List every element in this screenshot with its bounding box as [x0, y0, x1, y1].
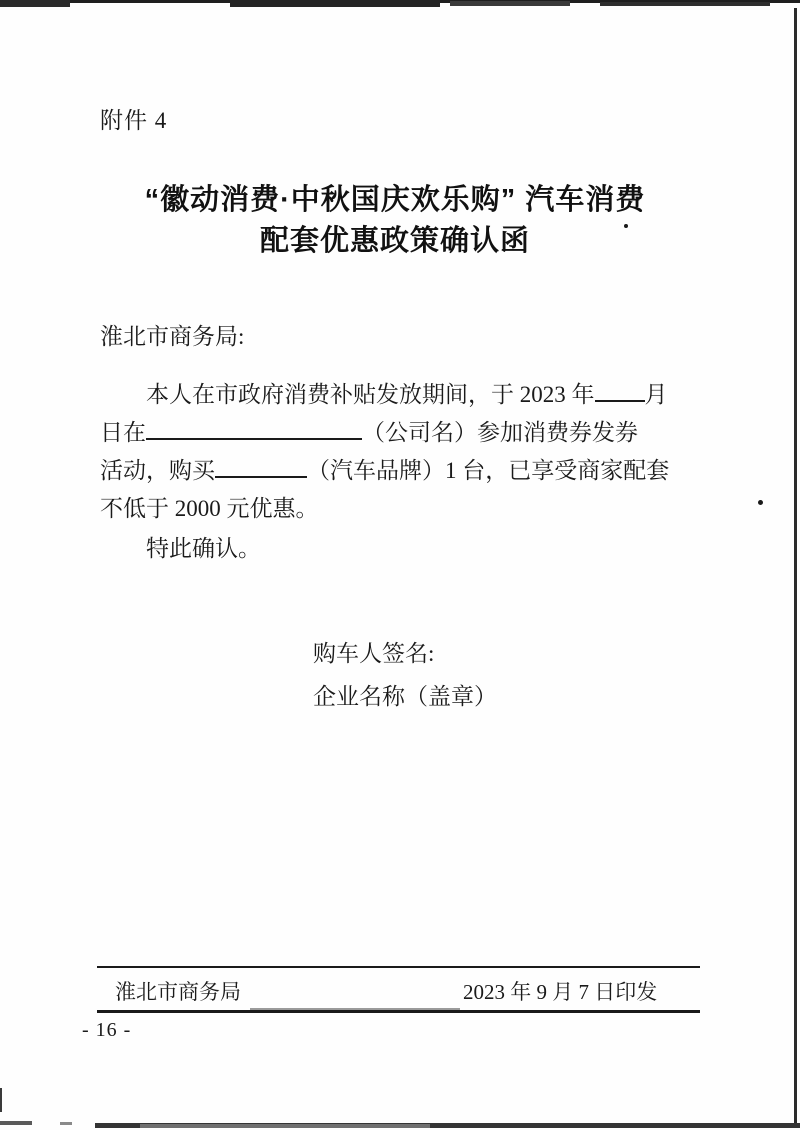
footer-rule-top: [97, 966, 700, 968]
closing-line: 特此确认。: [100, 530, 746, 563]
scan-edge-bottom-gray: [140, 1124, 430, 1128]
footer-print-date: 2023 年 9 月 7 日印发: [463, 976, 657, 1006]
document-title: “徽动消费·中秋国庆欢乐购” 汽车消费 配套优惠政策确认函: [0, 180, 790, 262]
scan-edge-right: [794, 8, 797, 1124]
attachment-label: 附件 4: [100, 102, 167, 135]
page-number: - 16 -: [82, 1019, 131, 1042]
scan-edge-top-blob: [450, 1, 570, 6]
document-title-line2: 配套优惠政策确认函: [0, 221, 790, 262]
blank-month-field: [595, 377, 645, 402]
buyer-signature-label: 购车人签名:: [313, 632, 497, 675]
footer-rule-bottom: [97, 1010, 700, 1013]
body-line-2: 日在（公司名）参加消费券发券: [100, 414, 700, 447]
document-title-line1: “徽动消费·中秋国庆欢乐购” 汽车消费: [0, 180, 790, 221]
scanned-document-page: 附件 4 “徽动消费·中秋国庆欢乐购” 汽车消费 配套优惠政策确认函 淮北市商务…: [0, 0, 800, 1130]
scan-edge-bottom-dash: [0, 1121, 32, 1125]
body-line-1-text: 本人在市政府消费补贴发放期间，于 2023 年: [146, 382, 595, 407]
scan-edge-left-mark: [0, 1088, 2, 1112]
scan-edge-top-blob: [230, 0, 440, 7]
body-line-3-suffix: （汽车品牌）1 台，已享受商家配套: [307, 458, 669, 483]
body-line-1: 本人在市政府消费补贴发放期间，于 2023 年月: [100, 376, 746, 409]
body-line-1-suffix: 月: [645, 382, 668, 407]
blank-car-brand-field: [215, 453, 307, 478]
body-line-3-text: 活动，购买: [100, 458, 215, 483]
body-line-2-suffix: （公司名）参加消费券发券: [362, 420, 638, 445]
salutation: 淮北市商务局:: [100, 318, 244, 351]
scan-edge-top-blob: [600, 2, 770, 6]
scan-edge-bottom-dash: [60, 1122, 72, 1125]
body-line-4: 不低于 2000 元优惠。: [100, 490, 700, 523]
company-seal-label: 企业名称（盖章）: [313, 675, 497, 718]
body-line-2-text: 日在: [100, 420, 146, 445]
scan-speck: [758, 500, 763, 505]
signature-block: 购车人签名: 企业名称（盖章）: [313, 632, 497, 718]
scan-edge-top-blob: [0, 0, 70, 7]
blank-company-field: [146, 415, 362, 440]
footer-issuer: 淮北市商务局: [115, 976, 241, 1006]
body-line-3: 活动，购买（汽车品牌）1 台，已享受商家配套: [100, 452, 700, 485]
